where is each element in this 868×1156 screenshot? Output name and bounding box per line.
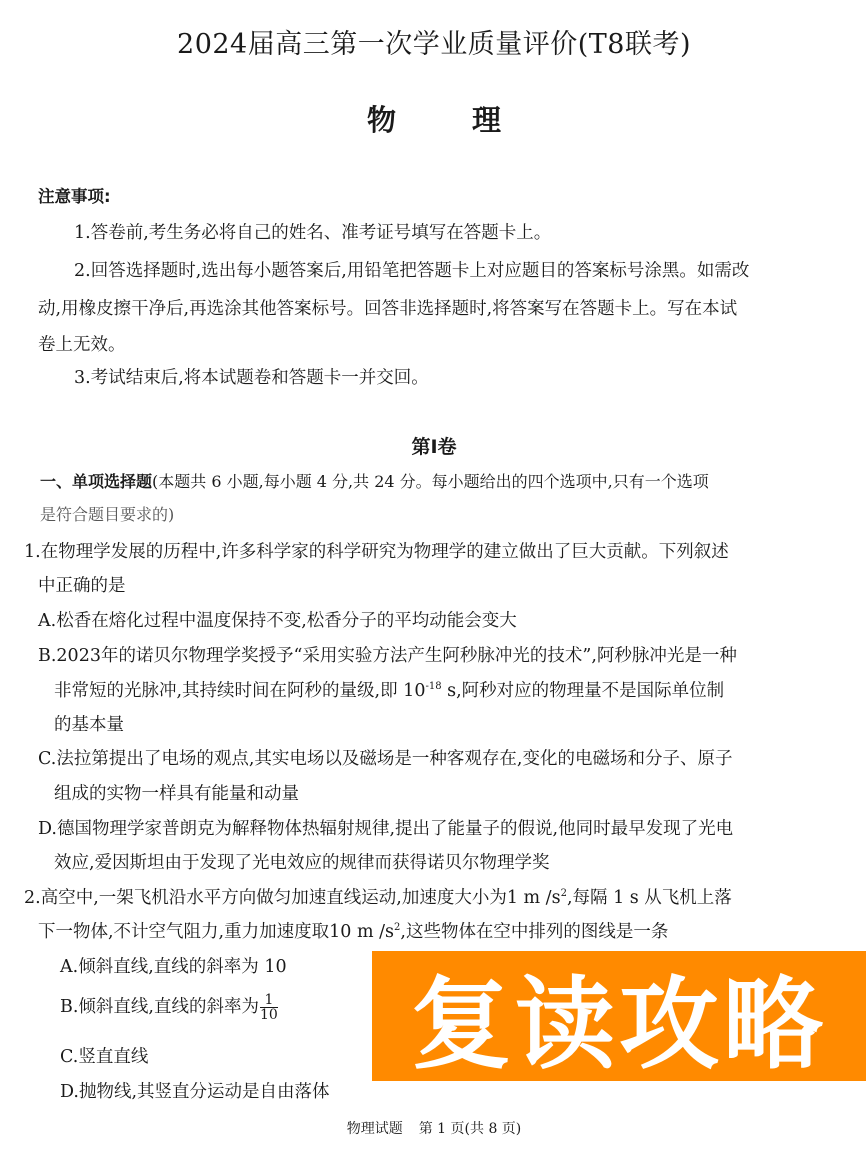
question-2-stem: 2.高空中,一架飞机沿水平方向做匀加速直线运动,加速度大小为1 m /s2,每隔… <box>24 884 732 909</box>
subject-title: 物理 <box>0 98 868 139</box>
subject-char: 物 <box>367 98 396 139</box>
q2-option-b: B.倾斜直线,直线的斜率为110 <box>60 993 278 1022</box>
notice-line: 卷上无效。 <box>38 331 126 356</box>
footer-page-number: 第 1 页(共 8 页) <box>419 1121 522 1137</box>
notice-heading: 注意事项: <box>38 183 111 207</box>
footer-subject: 物理试题 <box>347 1121 403 1137</box>
fraction: 110 <box>260 993 278 1022</box>
q1-option-b-cont: 的基本量 <box>54 711 124 736</box>
q1-option-b-cont: 非常短的光脉冲,其持续时间在阿秒的量级,即 10-18 s,阿秒对应的物理量不是… <box>54 677 724 702</box>
q1-option-b: B.2023年的诺贝尔物理学奖授予“采用实验方法产生阿秒脉冲光的技术”,阿秒脉冲… <box>38 642 737 667</box>
section-lead: 一、单项选择题 <box>40 472 152 491</box>
q2-option-c: C.竖直直线 <box>60 1043 148 1068</box>
section-description: 一、单项选择题(本题共 6 小题,每小题 4 分,共 24 分。每小题给出的四个… <box>40 469 709 492</box>
q1-option-c-cont: 组成的实物一样具有能量和动量 <box>54 780 299 805</box>
q1-option-d-cont: 效应,爱因斯坦由于发现了光电效应的规律而获得诺贝尔物理学奖 <box>54 849 550 874</box>
notice-line: 2.回答选择题时,选出每小题答案后,用铅笔把答题卡上对应题目的答案标号涂黑。如需… <box>74 257 749 282</box>
q2-option-d: D.抛物线,其竖直分运动是自由落体 <box>60 1078 330 1103</box>
section-description-cont: 是符合题目要求的) <box>40 502 174 525</box>
question-1-stem: 1.在物理学发展的历程中,许多科学家的科学研究为物理学的建立做出了巨大贡献。下列… <box>24 538 729 563</box>
q2-option-a: A.倾斜直线,直线的斜率为 10 <box>60 953 287 978</box>
exam-title: 2024届高三第一次学业质量评价(T8联考) <box>0 22 868 61</box>
question-2-stem-cont: 下一物体,不计空气阻力,重力加速度取10 m /s2,这些物体在空中排列的图线是… <box>38 918 668 943</box>
page-footer: 物理试题第 1 页(共 8 页) <box>0 1118 868 1138</box>
q1-option-d: D.德国物理学家普朗克为解释物体热辐射规律,提出了能量子的假说,他同时最早发现了… <box>38 815 733 840</box>
notice-line: 1.答卷前,考生务必将自己的姓名、准考证号填写在答题卡上。 <box>74 219 551 244</box>
notice-line: 3.考试结束后,将本试题卷和答题卡一并交回。 <box>74 364 429 389</box>
subject-char: 理 <box>472 98 501 139</box>
q1-option-c: C.法拉第提出了电场的观点,其实电场以及磁场是一种客观存在,变化的电磁场和分子、… <box>38 745 732 770</box>
section-desc-text: (本题共 6 小题,每小题 4 分,共 24 分。每小题给出的四个选项中,只有一… <box>152 472 709 491</box>
q1-option-a: A.松香在熔化过程中温度保持不变,松香分子的平均动能会变大 <box>38 607 517 632</box>
section-title: 第Ⅰ卷 <box>0 432 868 459</box>
watermark-banner: 复读攻略 <box>372 951 866 1081</box>
notice-line: 动,用橡皮擦干净后,再选涂其他答案标号。回答非选择题时,将答案写在答题卡上。写在… <box>38 295 737 320</box>
question-1-stem-cont: 中正确的是 <box>38 572 126 597</box>
